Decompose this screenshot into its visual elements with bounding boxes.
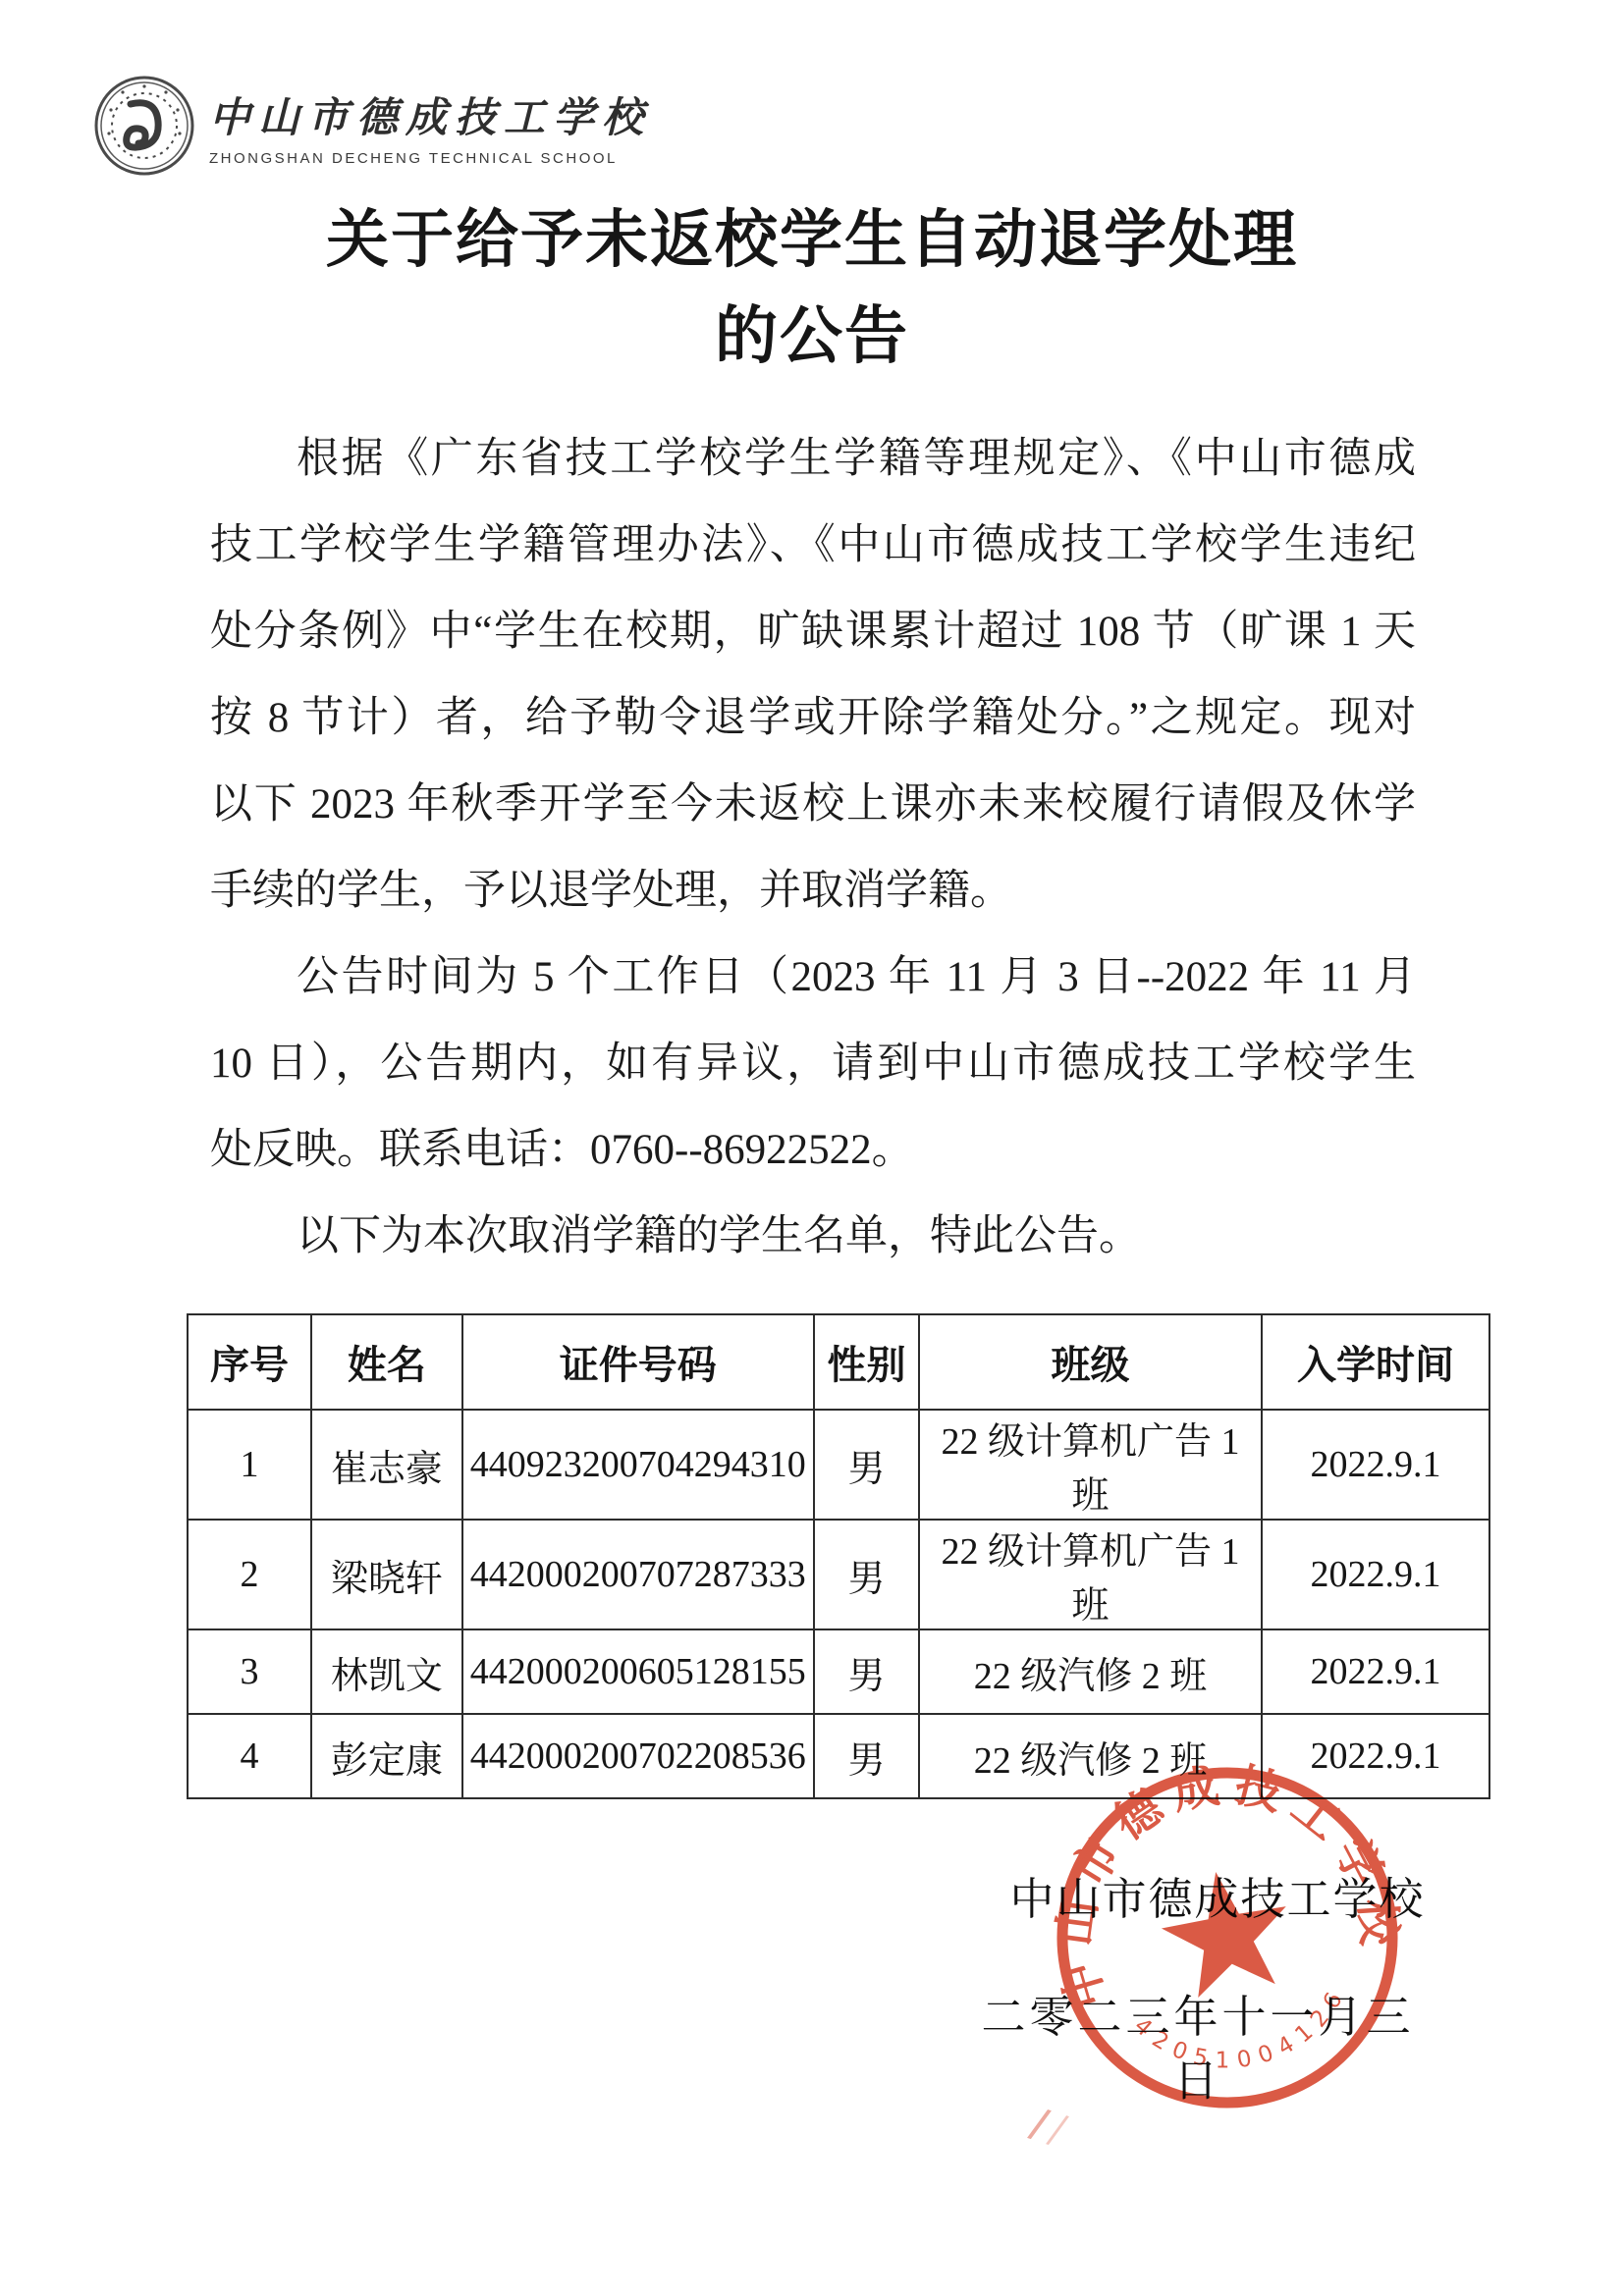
cell-index: 4 (188, 1714, 311, 1798)
cell-enroll-date: 2022.9.1 (1262, 1410, 1489, 1520)
letterhead-school-name-en: ZHONGSHAN DECHENG TECHNICAL SCHOOL (209, 150, 651, 167)
paragraph1-line: 根据《广东省技工学校学生学籍等理规定》、《中山市德成 (210, 416, 1416, 503)
student-roster-table: 序号 姓名 证件号码 性别 班级 入学时间 1 崔志豪 440923200704… (187, 1313, 1490, 1799)
cell-class: 22 级计算机广告 1 班 (919, 1520, 1262, 1629)
header-cell-id-number: 证件号码 (462, 1314, 814, 1410)
document-title-line1: 关于给予未返校学生自动退学处理 (0, 192, 1624, 289)
paragraph1-line: 手续的学生，予以退学处理，并取消学籍。 (210, 848, 1416, 934)
stray-ink-mark (1027, 2109, 1069, 2145)
cell-name: 梁晓轩 (311, 1520, 462, 1629)
paragraph1-line: 技工学校学生学籍管理办法》、《中山市德成技工学校学生违纪 (210, 503, 1416, 589)
school-emblem-icon (93, 75, 195, 177)
letterhead-school-name: 中山市德成技工学校 (209, 85, 651, 144)
table-header-row: 序号 姓名 证件号码 性别 班级 入学时间 (188, 1314, 1489, 1410)
table-row: 3 林凯文 442000200605128155 男 22 级汽修 2 班 20… (188, 1629, 1489, 1714)
cell-name: 彭定康 (311, 1714, 462, 1798)
cell-id-number: 442000200702208536 (462, 1714, 814, 1798)
table-row: 1 崔志豪 440923200704294310 男 22 级计算机广告 1 班… (188, 1410, 1489, 1520)
paragraph2-line: 公告时间为 5 个工作日（2023 年 11 月 3 日--2022 年 11 … (210, 934, 1416, 1021)
header-cell-gender: 性别 (814, 1314, 919, 1410)
cell-name: 林凯文 (311, 1629, 462, 1714)
signature-school-name: 中山市德成技工学校 (1001, 1863, 1434, 1927)
paragraph3-line: 以下为本次取消学籍的学生名单，特此公告。 (210, 1194, 1416, 1280)
cell-enroll-date: 2022.9.1 (1262, 1520, 1489, 1629)
paragraph2-line: 10 日），公告期内，如有异议，请到中山市德成技工学校学生 (210, 1021, 1416, 1107)
header-cell-index: 序号 (188, 1314, 311, 1410)
paragraph1-line: 按 8 节计）者，给予勒令退学或开除学籍处分。”之规定。现对 (210, 675, 1416, 762)
signature-date: 二零二三年十一月三日 (962, 1981, 1434, 2109)
table-row: 2 梁晓轩 442000200707287333 男 22 级计算机广告 1 班… (188, 1520, 1489, 1629)
header-cell-name: 姓名 (311, 1314, 462, 1410)
paragraph2-line: 处反映。联系电话：0760--86922522。 (210, 1107, 1416, 1194)
cell-gender: 男 (814, 1410, 919, 1520)
cell-name: 崔志豪 (311, 1410, 462, 1520)
cell-id-number: 440923200704294310 (462, 1410, 814, 1520)
cell-index: 1 (188, 1410, 311, 1520)
cell-enroll-date: 2022.9.1 (1262, 1629, 1489, 1714)
document-title-line2: 的公告 (0, 289, 1624, 385)
paragraph1-line: 以下 2023 年秋季开学至今未返校上课亦未来校履行请假及休学 (210, 762, 1416, 848)
cell-gender: 男 (814, 1520, 919, 1629)
school-letterhead: 中山市德成技工学校 ZHONGSHAN DECHENG TECHNICAL SC… (93, 75, 651, 177)
cell-gender: 男 (814, 1629, 919, 1714)
paragraph1-line: 处分条例》中“学生在校期，旷缺课累计超过 108 节（旷课 1 天 (210, 589, 1416, 675)
cell-class: 22 级计算机广告 1 班 (919, 1410, 1262, 1520)
document-title: 关于给予未返校学生自动退学处理 的公告 (0, 192, 1624, 385)
table-row: 4 彭定康 442000200702208536 男 22 级汽修 2 班 20… (188, 1714, 1489, 1798)
cell-class: 22 级汽修 2 班 (919, 1629, 1262, 1714)
letterhead-names: 中山市德成技工学校 ZHONGSHAN DECHENG TECHNICAL SC… (209, 85, 651, 167)
announcement-page: 中山市德成技工学校 ZHONGSHAN DECHENG TECHNICAL SC… (0, 0, 1624, 2296)
cell-id-number: 442000200605128155 (462, 1629, 814, 1714)
cell-enroll-date: 2022.9.1 (1262, 1714, 1489, 1798)
cell-index: 3 (188, 1629, 311, 1714)
cell-index: 2 (188, 1520, 311, 1629)
document-body: 根据《广东省技工学校学生学籍等理规定》、《中山市德成 技工学校学生学籍管理办法》… (210, 416, 1416, 1280)
header-cell-class: 班级 (919, 1314, 1262, 1410)
cell-gender: 男 (814, 1714, 919, 1798)
cell-id-number: 442000200707287333 (462, 1520, 814, 1629)
cell-class: 22 级汽修 2 班 (919, 1714, 1262, 1798)
header-cell-enroll-date: 入学时间 (1262, 1314, 1489, 1410)
